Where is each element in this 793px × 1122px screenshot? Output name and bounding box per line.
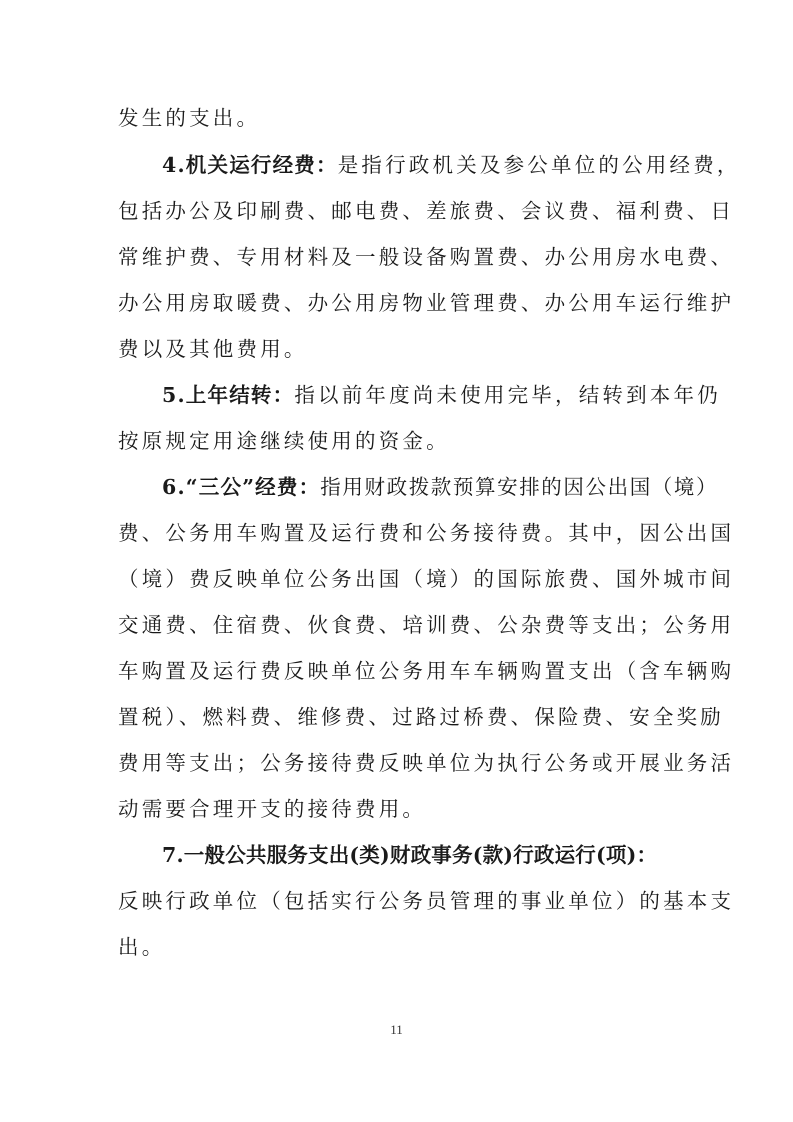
item-6-title: 6.“三公”经费： xyxy=(162,475,320,499)
text-line: 费以及其他费用。 xyxy=(118,329,678,369)
body-text: 指用财政拨款预算安排的因公出国（境） xyxy=(320,475,718,499)
body-text: 按原规定用途继续使用的资金。 xyxy=(118,429,450,453)
document-page: 发生的支出。 4.机关运行经费：是指行政机关及参公单位的公用经费， 包括办公及印… xyxy=(0,0,793,1122)
text-line: 反映行政单位（包括实行公务员管理的事业单位）的基本支 xyxy=(118,881,678,921)
body-text: 费、公务用车购置及运行费和公务接待费。其中，因公出国 xyxy=(118,521,734,545)
text-line: 出。 xyxy=(118,927,678,967)
text-line: 车购置及运行费反映单位公务用车车辆购置支出（含车辆购 xyxy=(118,651,678,691)
item-7-heading: 7.一般公共服务支出(类)财政事务(款)行政运行(项)： xyxy=(162,835,722,875)
body-text: 包括办公及印刷费、邮电费、差旅费、会议费、福利费、日 xyxy=(118,199,734,223)
body-text: 费用等支出；公务接待费反映单位为执行公务或开展业务活 xyxy=(118,751,734,775)
text-line: 发生的支出。 xyxy=(118,98,678,138)
body-text: 置税）、燃料费、维修费、过路过桥费、保险费、安全奖励 xyxy=(118,705,724,729)
body-text: 动需要合理开支的接待费用。 xyxy=(118,797,426,821)
text-line: 交通费、住宿费、伙食费、培训费、公杂费等支出；公务用 xyxy=(118,605,678,645)
body-text: 常维护费、专用材料及一般设备购置费、办公用房水电费、 xyxy=(118,245,734,269)
body-text: （境）费反映单位公务出国（境）的国际旅费、国外城市间 xyxy=(118,567,734,591)
body-text: 是指行政机关及参公单位的公用经费， xyxy=(338,153,741,177)
text-line: （境）费反映单位公务出国（境）的国际旅费、国外城市间 xyxy=(118,559,678,599)
text-line: 包括办公及印刷费、邮电费、差旅费、会议费、福利费、日 xyxy=(118,191,678,231)
item-5-heading: 5.上年结转：指以前年度尚未使用完毕，结转到本年仍 xyxy=(162,375,722,415)
body-text: 车购置及运行费反映单位公务用车车辆购置支出（含车辆购 xyxy=(118,659,734,683)
item-6-heading: 6.“三公”经费：指用财政拨款预算安排的因公出国（境） xyxy=(162,467,722,507)
page-number: 11 xyxy=(0,1022,793,1038)
item-5-title: 5.上年结转： xyxy=(162,383,294,407)
item-4-title: 4.机关运行经费： xyxy=(162,153,338,177)
text-line: 置税）、燃料费、维修费、过路过桥费、保险费、安全奖励 xyxy=(118,697,678,737)
item-7-title: 7.一般公共服务支出(类)财政事务(款)行政运行(项)： xyxy=(162,843,657,867)
body-text: 指以前年度尚未使用完毕，结转到本年仍 xyxy=(294,383,721,407)
item-4-heading: 4.机关运行经费：是指行政机关及参公单位的公用经费， xyxy=(162,145,722,185)
body-text: 出。 xyxy=(118,935,165,959)
text-line: 费、公务用车购置及运行费和公务接待费。其中，因公出国 xyxy=(118,513,678,553)
text-line: 常维护费、专用材料及一般设备购置费、办公用房水电费、 xyxy=(118,237,678,277)
text-line: 动需要合理开支的接待费用。 xyxy=(118,789,678,829)
body-text: 办公用房取暖费、办公用房物业管理费、办公用车运行维护 xyxy=(118,291,734,315)
body-text: 交通费、住宿费、伙食费、培训费、公杂费等支出；公务用 xyxy=(118,613,734,637)
body-text: 发生的支出。 xyxy=(118,106,260,130)
text-line: 费用等支出；公务接待费反映单位为执行公务或开展业务活 xyxy=(118,743,678,783)
body-text: 费以及其他费用。 xyxy=(118,337,308,361)
body-text: 反映行政单位（包括实行公务员管理的事业单位）的基本支 xyxy=(118,889,734,913)
text-line: 按原规定用途继续使用的资金。 xyxy=(118,421,678,461)
text-line: 办公用房取暖费、办公用房物业管理费、办公用车运行维护 xyxy=(118,283,678,323)
